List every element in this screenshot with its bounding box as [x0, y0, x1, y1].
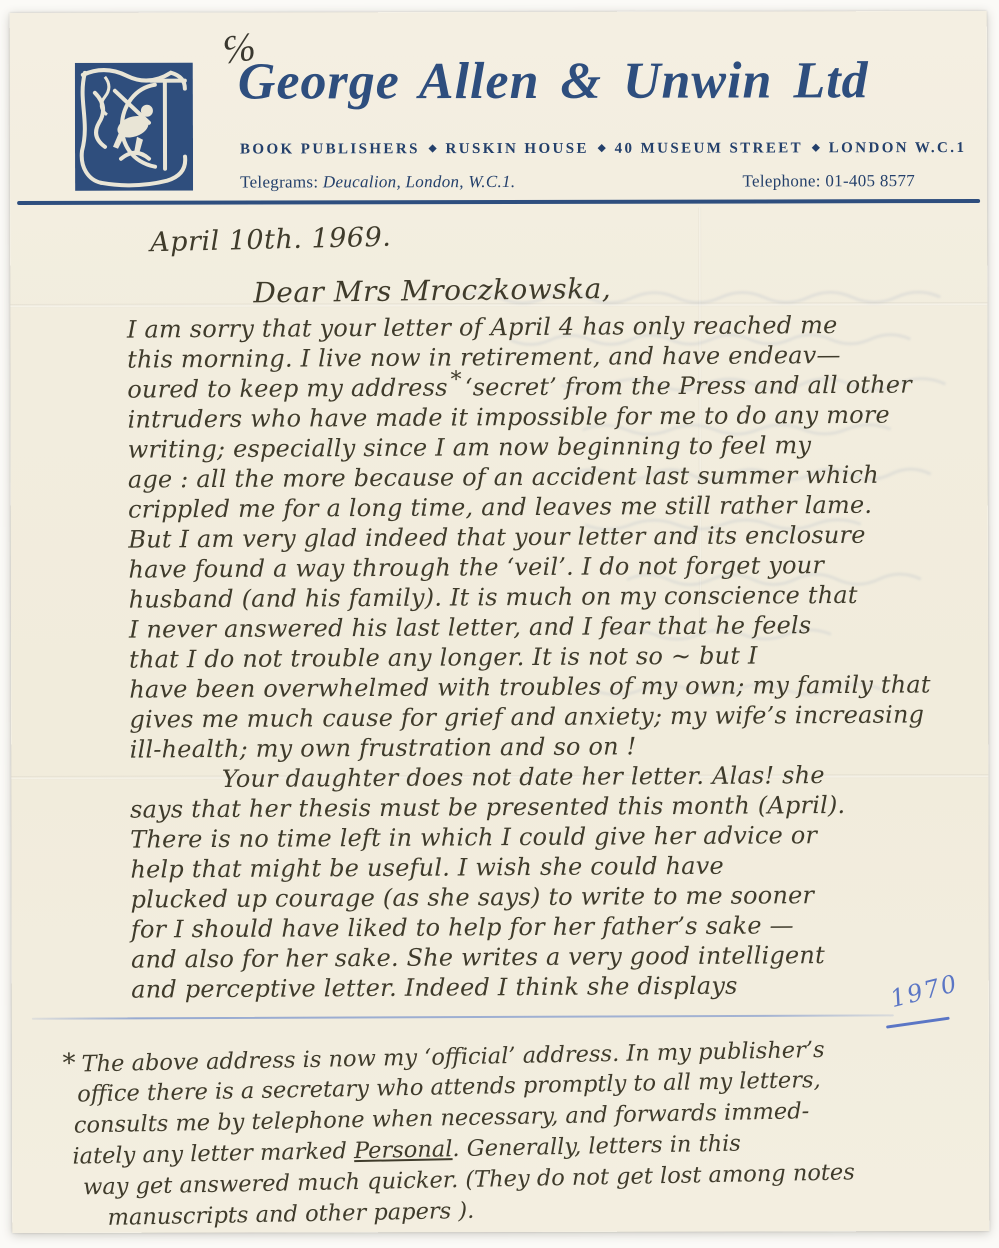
- letterhead-rule: [17, 199, 980, 205]
- address-part-city: LONDON W.C.1: [829, 140, 967, 156]
- address-part-street: 40 MUSEUM STREET: [615, 140, 803, 156]
- address-part-house: RUSKIN HOUSE: [445, 141, 588, 157]
- letter-body: I am sorry that your letter of April 4 h…: [127, 309, 959, 1004]
- underlined-word-personal: Personal: [354, 1136, 453, 1164]
- body-line: says that her thesis must be presented t…: [130, 789, 958, 824]
- body-line: intruders who have made it impossible fo…: [127, 399, 955, 434]
- diamond-separator-icon: ◆: [598, 143, 606, 154]
- diamond-separator-icon: ◆: [812, 142, 820, 153]
- letter-salutation: Dear Mrs Mroczkowska,: [253, 272, 611, 309]
- photo-background: ℅ George Allen & Unwin Ltd BOOK PUBLISHE…: [0, 0, 999, 1248]
- body-line: gives me much cause for grief and anxiet…: [129, 699, 957, 734]
- footnote-asterisk-mark: *: [451, 367, 462, 392]
- address-part-publishers: BOOK PUBLISHERS: [240, 141, 420, 157]
- diamond-separator-icon: ◆: [429, 143, 437, 154]
- telephone-value: 01-405 8577: [825, 171, 915, 190]
- telegrams-label: Telegrams:: [240, 172, 318, 191]
- telephone-line: Telephone: 01-405 8577: [600, 171, 915, 192]
- body-line-paragraph-start: Your daughter does not date her letter. …: [222, 759, 958, 794]
- telephone-label: Telephone:: [742, 171, 820, 190]
- body-line: But I am very glad indeed that your lett…: [128, 519, 956, 554]
- telegrams-value: Deucalion, London, W.C.1.: [323, 172, 516, 191]
- body-line-segment: ‘secret’ from the Press and all other: [465, 371, 912, 402]
- telegrams-line: Telegrams: Deucalion, London, W.C.1.: [240, 172, 515, 193]
- archival-year-underline: [886, 1017, 950, 1029]
- body-line-segment: oured to keep my address: [127, 374, 448, 404]
- company-address-line: BOOK PUBLISHERS◆RUSKIN HOUSE◆40 MUSEUM S…: [240, 140, 940, 158]
- body-line: husband (and his family). It is much on …: [129, 579, 957, 614]
- footnote-line-segment: iately any letter marked: [72, 1138, 354, 1169]
- body-line: and perceptive letter. Indeed I think sh…: [131, 969, 959, 1004]
- letter-page: ℅ George Allen & Unwin Ltd BOOK PUBLISHE…: [10, 11, 990, 1233]
- footnote-asterisk-mark: *: [62, 1049, 76, 1079]
- publisher-logo-woodcut-icon: [75, 63, 193, 191]
- company-name: George Allen & Unwin Ltd: [238, 51, 958, 112]
- letter-date: April 10th. 1969.: [150, 222, 392, 259]
- letter-footnote: *The above address is now my ‘official’ …: [62, 1031, 965, 1235]
- footnote-line-segment: . Generally, letters in this: [452, 1131, 741, 1163]
- hand-drawn-divider-line: [32, 1014, 894, 1019]
